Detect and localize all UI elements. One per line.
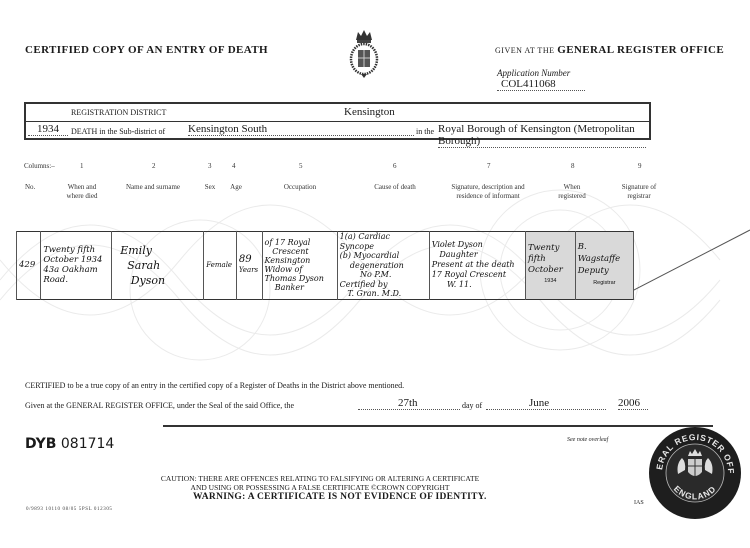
heading-no: No. [25,183,35,192]
caution-line-2: AND USING OR POSSESSING A FALSE CERTIFIC… [191,483,450,492]
strike-line [634,228,750,292]
district-label: REGISTRATION DISTRICT [71,108,166,117]
entry-occupation: of 17 Royal CrescentKensingtonWidow ofTh… [262,232,337,300]
columns-prefix: Columns:– [24,162,55,171]
entry-registered: TwentyfifthOctober1934 [526,232,576,300]
heading-occupation: Occupation [275,183,325,192]
column-number: 6 [393,162,397,171]
warning-notice: WARNING: A CERTIFICATE IS NOT EVIDENCE O… [193,492,487,502]
registration-district-box: REGISTRATION DISTRICT Kensington 1934 DE… [24,102,651,140]
application-label: Application Number [497,68,570,78]
form-codes: 0/9893 10110 08/05 5PSL 012305 [26,507,113,512]
given-at-text: Given at the GENERAL REGISTER OFFICE, un… [25,401,294,410]
county-value: Royal Borough of Kensington (Metropolita… [438,123,646,148]
subdistrict-label: DEATH in the Sub-district of [71,127,165,136]
serial-number: 081714 [61,436,114,452]
caution-line-1: CAUTION: THERE ARE OFFENCES RELATING TO … [161,474,479,483]
column-number: 5 [299,162,303,171]
column-number: 9 [638,162,642,171]
certificate-month: June [486,397,606,410]
column-number: 2 [152,162,156,171]
heading-cause: Cause of death [360,183,430,192]
death-entry-table: 429 Twenty fifthOctober 193443a OakhamRo… [16,231,634,300]
heading-registrar: Signature of registrar [614,183,664,201]
caution-notice: CAUTION: THERE ARE OFFENCES RELATING TO … [160,474,480,492]
column-number: 7 [487,162,491,171]
in-the-label: in the [416,127,434,136]
gro-seal-icon: GENERAL REGISTER OFFICE ENGLAND [648,426,742,520]
given-office: GENERAL REGISTER OFFICE [557,44,724,56]
column-number: 1 [80,162,84,171]
heading-age: Age [226,183,246,192]
column-number: 8 [571,162,575,171]
ias-mark: IAS [634,500,644,506]
given-prefix: GIVEN AT THE [495,46,554,55]
certificate-title: CERTIFIED COPY OF AN ENTRY OF DEATH [25,44,268,56]
district-value: Kensington [344,106,395,118]
column-number: 3 [208,162,212,171]
serial-prefix: DYB [25,436,56,452]
column-numbers: Columns:– 1 2 3 4 5 6 7 8 9 [0,162,750,172]
given-at-office: GIVEN AT THE GENERAL REGISTER OFFICE [495,44,724,56]
entry-age: 89Years [236,232,262,300]
entry-no: 429 [17,232,41,300]
divider [163,425,713,427]
day-of-label: day of [462,401,482,410]
see-note: See note overleaf [567,437,608,443]
heading-informant: Signature, description and residence of … [445,183,531,201]
column-number: 4 [232,162,236,171]
heading-registered: When registered [555,183,589,201]
application-number-value: COL411068 [497,78,585,91]
subdistrict-value: Kensington South [188,123,414,136]
entry-when-where: Twenty fifthOctober 193443a OakhamRoad. [41,232,112,300]
application-number: Application Number COL411068 [497,68,652,91]
registration-year: 1934 [28,123,68,136]
entry-informant: Violet Dyson DaughterPresent at the deat… [429,232,525,300]
entry-registrar: B. WagstaffeDeputyRegistrar [575,232,633,300]
royal-crest-icon [347,28,381,80]
heading-name: Name and surname [118,183,188,192]
heading-sex: Sex [200,183,220,192]
column-headings: No. When and where died Name and surname… [0,183,750,203]
certification-statement: CERTIFIED to be a true copy of an entry … [25,381,404,390]
entry-sex: Female [204,232,237,300]
entry-cause: 1(a) Cardiac Syncope(b) Myocardial degen… [337,232,429,300]
entry-name: Emily Sarah Dyson [112,232,204,300]
heading-when-where: When and where died [62,183,102,201]
given-at-line: Given at the GENERAL REGISTER OFFICE, un… [25,401,715,410]
table-row: 429 Twenty fifthOctober 193443a OakhamRo… [17,232,634,300]
certificate-serial: DYB 081714 [25,436,114,452]
certificate-year: 2006 [618,397,648,410]
certificate-day: 27th [358,397,460,410]
